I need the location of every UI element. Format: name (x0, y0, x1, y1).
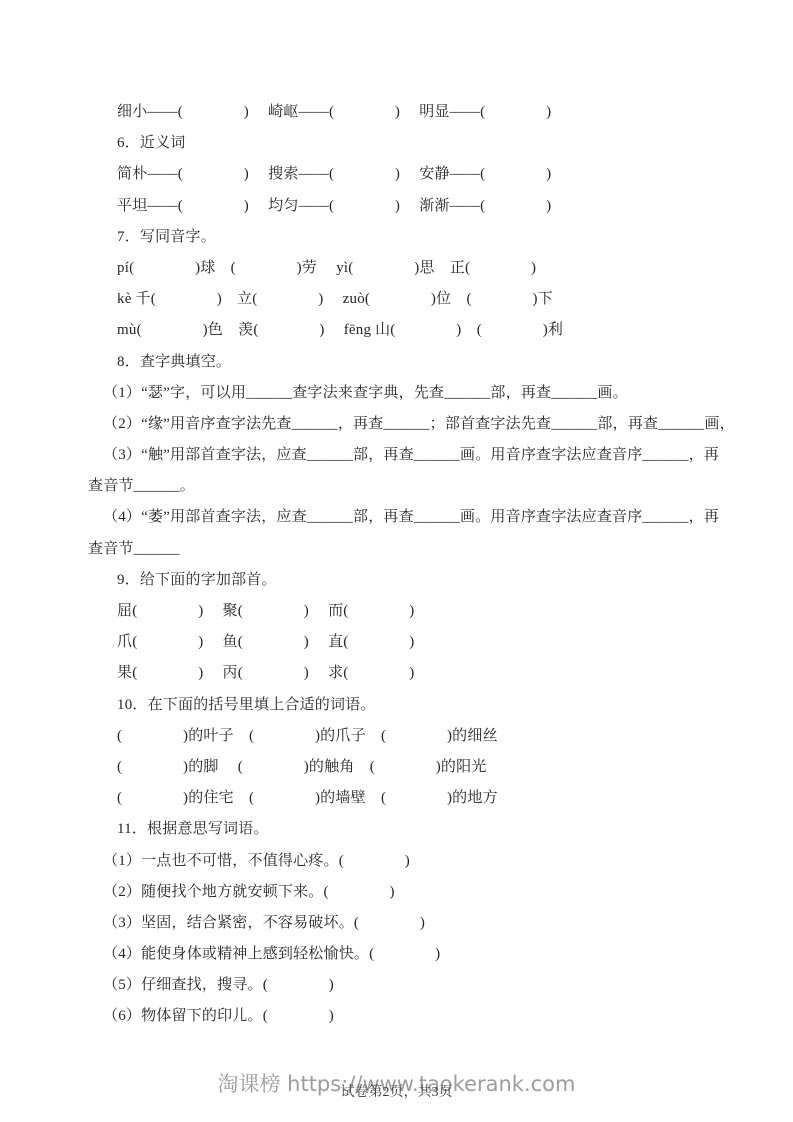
q7-homophone-row-3: mù( )色 羡( ) fēng 山( ) ( )利 (88, 315, 768, 346)
q11-item-4: （4）能使身体或精神上感到轻松愉快。( ) (88, 939, 768, 970)
q7-heading: 7．写同音字。 (88, 222, 768, 253)
q9-radical-row-3: 果( ) 丙( ) 求( ) (88, 658, 768, 689)
q10-phrase-row-1: ( )的叶子 ( )的爪子 ( )的细丝 (88, 721, 768, 752)
q8-item-2: （2）“缘”用音序查字法先查______，再查______；部首查字法先查___… (88, 409, 768, 440)
q6-heading: 6．近义词 (88, 128, 768, 159)
q8-item-1: （1）“瑟”字，可以用______查字法来查字典，先查______部，再查___… (88, 378, 768, 409)
q9-radical-row-1: 屈( ) 聚( ) 而( ) (88, 596, 768, 627)
exam-paper-page: 细小——( ) 崎岖——( ) 明显——( ) 6．近义词 简朴——( ) 搜索… (0, 0, 793, 1122)
q8-item-4-continuation: 查音节______ (88, 534, 768, 565)
q7-homophone-row-2: kè 千( ) 立( ) zuò( )位 ( )下 (88, 284, 768, 315)
q8-heading: 8．查字典填空。 (88, 347, 768, 378)
q11-item-6: （6）物体留下的印儿。( ) (88, 1001, 768, 1032)
q7-homophone-row-1: pí( )球 ( )劳 yì( )思 正( ) (88, 253, 768, 284)
q6-synonym-row-2: 平坦——( ) 均匀——( ) 渐渐——( ) (88, 191, 768, 222)
q9-radical-row-2: 爪( ) 鱼( ) 直( ) (88, 627, 768, 658)
q11-item-1: （1）一点也不可惜，不值得心疼。( ) (88, 846, 768, 877)
q11-item-2: （2）随便找个地方就安顿下来。( ) (88, 877, 768, 908)
q11-item-5: （5）仔细查找，搜寻。( ) (88, 970, 768, 1001)
q8-item-4: （4）“萎”用部首查字法，应查______部，再查______画。用音序查字法应… (88, 502, 768, 533)
exam-content: 细小——( ) 崎岖——( ) 明显——( ) 6．近义词 简朴——( ) 搜索… (88, 97, 768, 1033)
page-number-footer: 试卷第2页，共3页 (0, 1081, 793, 1101)
q11-heading: 11．根据意思写词语。 (88, 814, 768, 845)
q10-heading: 10．在下面的括号里填上合适的词语。 (88, 690, 768, 721)
q11-item-3: （3）坚固，结合紧密，不容易破坏。( ) (88, 908, 768, 939)
q6-synonym-row-1: 简朴——( ) 搜索——( ) 安静——( ) (88, 159, 768, 190)
q8-item-3-continuation: 查音节______。 (88, 471, 768, 502)
q5-antonym-row: 细小——( ) 崎岖——( ) 明显——( ) (88, 97, 768, 128)
q10-phrase-row-2: ( )的脚 ( )的触角 ( )的阳光 (88, 752, 768, 783)
q10-phrase-row-3: ( )的住宅 ( )的墙壁 ( )的地方 (88, 783, 768, 814)
q8-item-3: （3）“触”用部首查字法，应查______部，再查______画。用音序查字法应… (88, 440, 768, 471)
q9-heading: 9．给下面的字加部首。 (88, 565, 768, 596)
